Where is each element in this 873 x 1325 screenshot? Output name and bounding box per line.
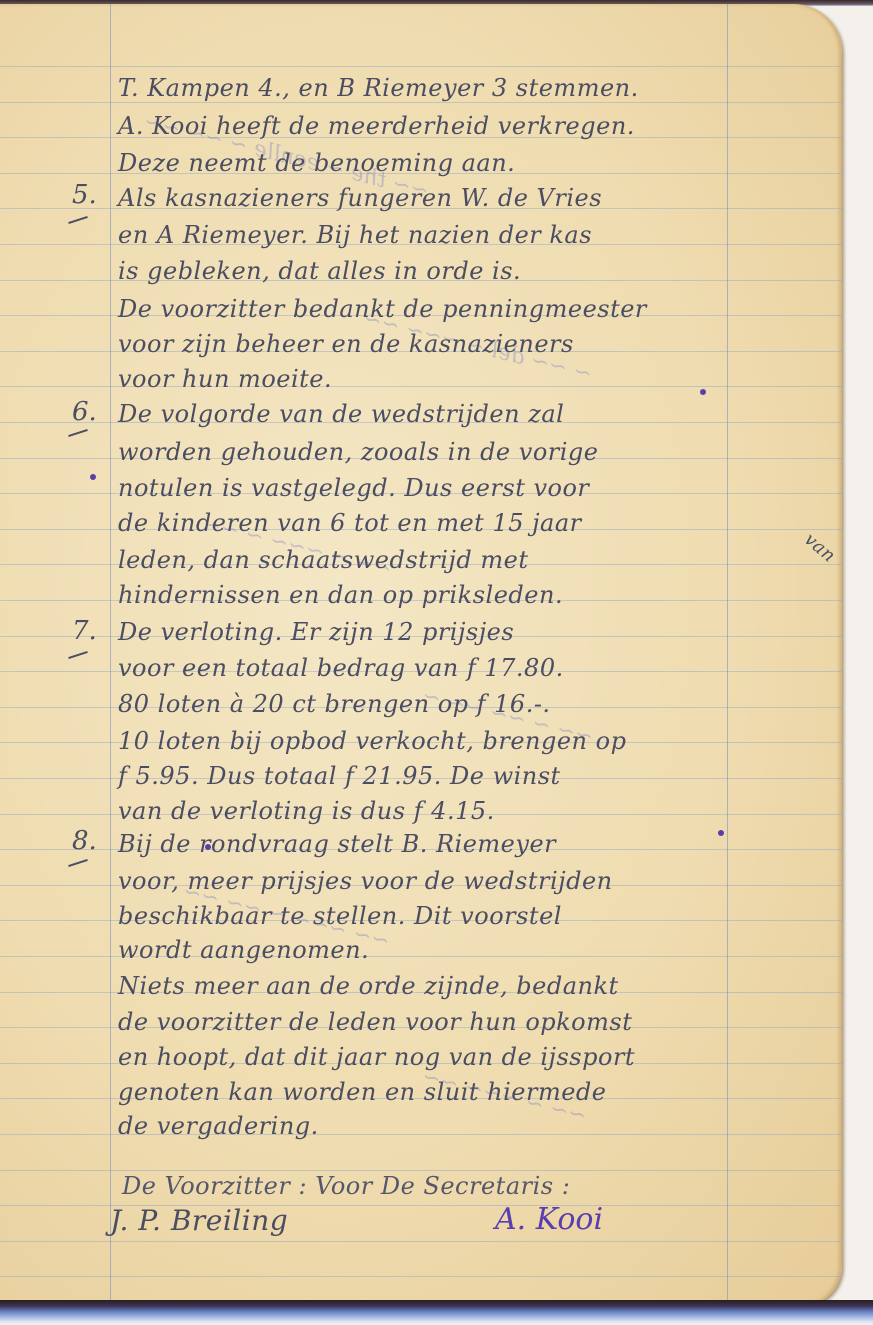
text-line: worden gehouden, zooals in de vorige xyxy=(118,438,598,466)
text-line: 80 loten à 20 ct brengen op f 16.-. xyxy=(118,690,551,718)
item-number-underline xyxy=(68,429,88,437)
text-line: A. Kooi heeft de meerderheid verkregen. xyxy=(118,112,635,140)
right-margin-rule xyxy=(727,4,728,1306)
text-line: voor hun moeite. xyxy=(118,365,332,393)
text-line: leden, dan schaatswedstrijd met xyxy=(118,546,528,574)
ruled-line xyxy=(0,1241,842,1242)
chair-signature: J. P. Breiling xyxy=(110,1204,288,1237)
item-number: 8. xyxy=(72,826,97,856)
item-number: 6. xyxy=(72,397,97,427)
ink-spot xyxy=(700,389,706,395)
ink-spot xyxy=(718,830,724,836)
text-line: is gebleken, dat alles in orde is. xyxy=(118,257,521,285)
text-line: en A Riemeyer. Bij het nazien der kas xyxy=(118,221,592,249)
scan-bottom-edge xyxy=(0,1300,873,1325)
text-line: De verloting. Er zijn 12 prijsjes xyxy=(118,618,514,646)
text-line: De volgorde van de wedstrijden zal xyxy=(118,400,564,428)
text-line: voor zijn beheer en de kasnazieners xyxy=(118,330,574,358)
text-line: de vergadering. xyxy=(118,1112,319,1140)
text-line: de kinderen van 6 tot en met 15 jaar xyxy=(118,509,582,537)
ruled-line xyxy=(0,1170,842,1171)
text-line: hindernissen en dan op priksleden. xyxy=(118,581,563,609)
text-line: Bij de rondvraag stelt B. Riemeyer xyxy=(118,830,556,858)
left-margin-rule xyxy=(110,4,111,1306)
item-number-underline xyxy=(68,216,88,224)
text-line: Niets meer aan de orde zijnde, bedankt xyxy=(118,972,619,1000)
text-line: van de verloting is dus f 4.15. xyxy=(118,797,495,825)
item-number: 5. xyxy=(72,180,97,210)
text-line: T. Kampen 4., en B Riemeyer 3 stemmen. xyxy=(118,74,639,102)
ruled-line xyxy=(0,102,842,103)
text-line: notulen is vastgelegd. Dus eerst voor xyxy=(118,474,589,502)
text-line: en hoopt, dat dit jaar nog van de ijsspo… xyxy=(118,1043,635,1071)
item-number-underline xyxy=(68,859,88,867)
text-line: genoten kan worden en sluit hiermede xyxy=(118,1078,606,1106)
ruled-line xyxy=(0,1276,842,1277)
text-line: Deze neemt de benoeming aan. xyxy=(118,149,515,177)
secretary-signature: A. Kooi xyxy=(495,1202,603,1237)
text-line: beschikbaar te stellen. Dit voorstel xyxy=(118,902,562,930)
text-line: wordt aangenomen. xyxy=(118,936,369,964)
item-number: 7. xyxy=(72,616,97,646)
text-line: f 5.95. Dus totaal f 21.95. De winst xyxy=(118,762,561,790)
notebook-page: ~~ the ~ eenlle ~ ~~ ~~ ~ ~~ del ~ ~~~ ~… xyxy=(0,4,842,1306)
ruled-line xyxy=(0,66,842,67)
text-line: 10 loten bij opbod verkocht, brengen op xyxy=(118,727,626,755)
text-line: Als kasnazieners fungeren W. de Vries xyxy=(118,184,602,212)
item-number-underline xyxy=(68,651,88,659)
signature-labels: De Voorzitter : Voor De Secretaris : xyxy=(122,1172,570,1200)
text-line: De voorzitter bedankt de penningmeester xyxy=(118,295,647,323)
text-line: voor, meer prijsjes voor de wedstrijden xyxy=(118,867,613,895)
ink-spot xyxy=(90,474,96,480)
text-line: voor een totaal bedrag van f 17.80. xyxy=(118,654,564,682)
margin-note: van xyxy=(800,529,840,567)
text-line: de voorzitter de leden voor hun opkomst xyxy=(118,1008,632,1036)
